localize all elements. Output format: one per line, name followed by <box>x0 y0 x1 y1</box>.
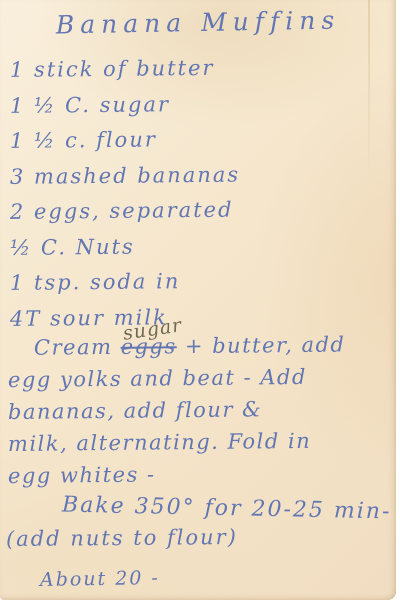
bake-instruction: Bake 350° for 20-25 min- <box>62 493 392 525</box>
ingredient-list: 1 stick of butter 1 ½ C. sugar 1 ½ c. fl… <box>10 56 380 340</box>
instructions-line-1-pre: Cream <box>34 335 121 360</box>
instructions-paragraph: Cream eggssugar + butter, add egg yolks … <box>8 334 392 494</box>
ingredient-line: 1 tsp. soda in <box>10 267 380 306</box>
ingredient-line: 1 stick of butter <box>10 54 380 93</box>
crossed-out-word: eggssugar <box>120 334 176 359</box>
nuts-note: (add nuts to flour) <box>6 525 238 551</box>
ingredient-line: 2 eggs, separated <box>10 196 380 235</box>
ingredient-line: 3 mashed bananas <box>10 161 380 200</box>
instructions-line-3: bananas, add flour & <box>8 396 392 432</box>
recipe-paper: Banana Muffins 1 stick of butter 1 ½ C. … <box>0 0 396 600</box>
yield-note: About 20 - <box>40 567 160 591</box>
ingredient-line: 1 ½ c. flour <box>10 125 380 164</box>
ingredient-line: ½ C. Nuts <box>10 232 380 271</box>
instructions-line-1: Cream eggssugar + butter, add <box>8 332 392 368</box>
instructions-line-5: egg whites - <box>8 460 392 496</box>
instructions-line-2: egg yolks and beat - Add <box>8 364 392 400</box>
instructions-line-4: milk, alternating. Fold in <box>8 428 392 464</box>
recipe-title: Banana Muffins <box>0 5 396 41</box>
ingredient-line: 1 ½ C. sugar <box>10 90 380 129</box>
instructions-line-1-post: + butter, add <box>177 332 346 358</box>
